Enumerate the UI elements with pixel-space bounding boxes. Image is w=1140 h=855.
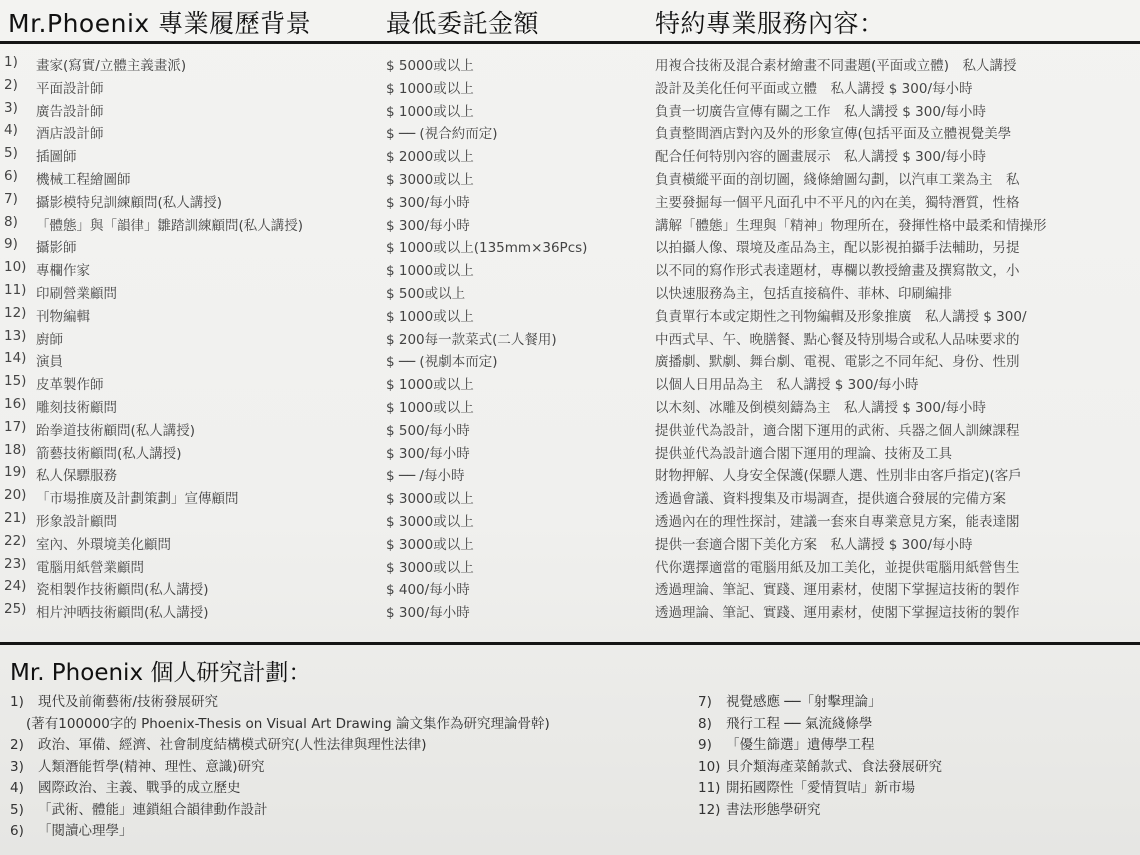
service-description: 配合任何特別內容的圖畫展示 私人講授 $ 300/每小時 — [655, 145, 1140, 165]
brochure-page: Mr.Phoenix 專業履歷背景 最低委託金額 特約專業服務內容： 1)畫家(… — [0, 0, 1140, 855]
research-text: 「閱讀心理學」 — [38, 823, 133, 839]
service-number: 18) — [4, 442, 36, 458]
header-profile: Mr.Phoenix 專業履歷背景 — [8, 4, 311, 40]
service-description: 負責一切廣告宣傳有關之工作 私人講授 $ 300/每小時 — [655, 100, 1140, 120]
service-description: 提供一套適合閣下美化方案 私人講授 $ 300/每小時 — [655, 533, 1140, 553]
service-fee: $ 500或以上 — [386, 282, 646, 302]
service-number: 11) — [4, 282, 36, 298]
service-title: 「體態」與「韻律」雛踏訓練顧問(私人講授) — [36, 214, 381, 234]
service-description: 負責整間酒店對內及外的形象宣傳(包括平面及立體視覺美學 — [655, 122, 1140, 142]
services-table: 1)畫家(寫實/立體主義畫派)$ 5000或以上用複合技術及混合素材繪畫不同畫題… — [0, 52, 1140, 622]
service-title: 皮革製作師 — [36, 373, 381, 393]
research-text: (著有100000字的 Phoenix-Thesis on Visual Art… — [26, 716, 550, 732]
research-item: 5)「武術、體能」連鎖組合韻律動作設計 — [10, 798, 550, 820]
service-number: 21) — [4, 510, 36, 526]
research-item: 9)「優生篩選」遺傳學工程 — [698, 733, 942, 755]
table-row: 15)皮革製作師$ 1000或以上以個人日用品為主 私人講授 $ 300/每小時 — [0, 371, 1140, 394]
service-description: 透過理論、筆記、實踐、運用素材，使閣下掌握這技術的製作 — [655, 578, 1140, 598]
research-item: 11)開拓國際性「愛情賀咭」新市場 — [698, 776, 942, 798]
service-number: 7) — [4, 191, 36, 207]
service-number: 10) — [4, 259, 36, 275]
section-rule — [0, 642, 1140, 645]
service-title: 攝影師 — [36, 236, 381, 256]
header-rule — [0, 41, 1140, 44]
research-number: 2) — [10, 737, 38, 753]
service-number: 16) — [4, 396, 36, 412]
service-description: 主要發掘每一個平凡面孔中不平凡的內在美，獨特潛質，性格 — [655, 191, 1140, 211]
service-description: 透過會議、資料搜集及市場調查，提供適合發展的完備方案 — [655, 487, 1140, 507]
service-fee: $ ── (視劇本而定) — [386, 350, 646, 370]
service-fee: $ 1000或以上 — [386, 396, 646, 416]
service-fee: $ 3000或以上 — [386, 510, 646, 530]
table-row: 22)室內、外環境美化顧問$ 3000或以上提供一套適合閣下美化方案 私人講授 … — [0, 531, 1140, 554]
research-text: 政治、軍備、經濟、社會制度結構模式研究(人性法律與理性法律) — [38, 737, 427, 753]
service-title: 攝影模特兒訓練顧問(私人講授) — [36, 191, 381, 211]
research-item: (著有100000字的 Phoenix-Thesis on Visual Art… — [10, 712, 550, 734]
service-number: 20) — [4, 487, 36, 503]
service-description: 以快速服務為主，包括直接稿件、菲林、印刷編排 — [655, 282, 1140, 302]
research-number: 5) — [10, 802, 38, 818]
research-text: 「武術、體能」連鎖組合韻律動作設計 — [38, 802, 268, 818]
service-number: 23) — [4, 556, 36, 572]
research-number: 8) — [698, 716, 726, 732]
service-number: 8) — [4, 214, 36, 230]
research-text: 「優生篩選」遺傳學工程 — [726, 737, 875, 753]
research-item: 7)視覺感應 ──「射擊理論」 — [698, 690, 942, 712]
service-fee: $ 2000或以上 — [386, 145, 646, 165]
table-row: 23)電腦用紙營業顧問$ 3000或以上代你選擇適當的電腦用紙及加工美化，並提供… — [0, 554, 1140, 577]
table-row: 25)相片沖晒技術顧問(私人講授)$ 300/每小時透過理論、筆記、實踐、運用素… — [0, 599, 1140, 622]
research-item: 3)人類潛能哲學(精神、理性、意識)研究 — [10, 755, 550, 777]
service-number: 5) — [4, 145, 36, 161]
service-number: 1) — [4, 54, 36, 70]
table-row: 5)插圖師$ 2000或以上配合任何特別內容的圖畫展示 私人講授 $ 300/每… — [0, 143, 1140, 166]
service-number: 3) — [4, 100, 36, 116]
service-description: 透過內在的理性探討，建議一套來自專業意見方案，能表達閣 — [655, 510, 1140, 530]
table-row: 13)廚師$ 200每一款菜式(二人餐用)中西式早、午、晚膳餐、點心餐及特別場合… — [0, 326, 1140, 349]
service-description: 以個人日用品為主 私人講授 $ 300/每小時 — [655, 373, 1140, 393]
research-text: 書法形態學研究 — [726, 802, 821, 818]
table-row: 20)「市場推廣及計劃策劃」宣傳顧問$ 3000或以上透過會議、資料搜集及市場調… — [0, 485, 1140, 508]
research-item: 10)貝介類海產菜餚款式、食法發展研究 — [698, 755, 942, 777]
service-description: 廣播劇、默劇、舞台劇、電視、電影之不同年紀、身份、性別 — [655, 350, 1140, 370]
research-number: 3) — [10, 759, 38, 775]
service-title: 插圖師 — [36, 145, 381, 165]
research-number: 6) — [10, 823, 38, 839]
service-fee: $ 300/每小時 — [386, 442, 646, 462]
service-number: 22) — [4, 533, 36, 549]
service-fee: $ 3000或以上 — [386, 533, 646, 553]
service-fee: $ 1000或以上 — [386, 77, 646, 97]
service-title: 刊物編輯 — [36, 305, 381, 325]
research-text: 人類潛能哲學(精神、理性、意識)研究 — [38, 759, 265, 775]
service-fee: $ 300/每小時 — [386, 601, 646, 621]
service-fee: $ 1000或以上(135mm×36Pcs) — [386, 236, 646, 256]
service-description: 中西式早、午、晚膳餐、點心餐及特別場合或私人品味要求的 — [655, 328, 1140, 348]
research-list-left: 1)現代及前衛藝術/技術發展研究(著有100000字的 Phoenix-Thes… — [10, 690, 550, 841]
service-fee: $ 1000或以上 — [386, 305, 646, 325]
service-description: 財物押解、人身安全保護(保驃人選、性別非由客戶指定)(客戶 — [655, 464, 1140, 484]
research-number: 12) — [698, 802, 726, 818]
service-description: 提供並代為設計適合閣下運用的理論、技術及工具 — [655, 442, 1140, 462]
service-number: 2) — [4, 77, 36, 93]
research-text: 視覺感應 ──「射擊理論」 — [726, 694, 882, 710]
table-row: 24)瓷相製作技術顧問(私人講授)$ 400/每小時透過理論、筆記、實踐、運用素… — [0, 576, 1140, 599]
table-row: 18)箭藝技術顧問(私人講授)$ 300/每小時提供並代為設計適合閣下運用的理論… — [0, 440, 1140, 463]
research-number: 4) — [10, 780, 38, 796]
service-title: 相片沖晒技術顧問(私人講授) — [36, 601, 381, 621]
service-title: 廚師 — [36, 328, 381, 348]
research-title: Mr. Phoenix 個人研究計劃： — [10, 654, 311, 687]
service-fee: $ 3000或以上 — [386, 487, 646, 507]
service-title: 私人保驃服務 — [36, 464, 381, 484]
service-fee: $ ── (視合約而定) — [386, 122, 646, 142]
service-title: 箭藝技術顧問(私人講授) — [36, 442, 381, 462]
table-row: 4)酒店設計師$ ── (視合約而定)負責整間酒店對內及外的形象宣傳(包括平面及… — [0, 120, 1140, 143]
research-text: 飛行工程 ── 氣流綫條學 — [726, 716, 872, 732]
table-row: 16)雕刻技術顧問$ 1000或以上以木刻、冰雕及倒模刻鑄為主 私人講授 $ 3… — [0, 394, 1140, 417]
service-title: 雕刻技術顧問 — [36, 396, 381, 416]
service-title: 廣告設計師 — [36, 100, 381, 120]
service-fee: $ ── /每小時 — [386, 464, 646, 484]
table-row: 1)畫家(寫實/立體主義畫派)$ 5000或以上用複合技術及混合素材繪畫不同畫題… — [0, 52, 1140, 75]
service-number: 17) — [4, 419, 36, 435]
service-fee: $ 1000或以上 — [386, 373, 646, 393]
service-number: 25) — [4, 601, 36, 617]
table-row: 2)平面設計師$ 1000或以上設計及美化任何平面或立體 私人講授 $ 300/… — [0, 75, 1140, 98]
research-number: 7) — [698, 694, 726, 710]
table-row: 7)攝影模特兒訓練顧問(私人講授)$ 300/每小時主要發掘每一個平凡面孔中不平… — [0, 189, 1140, 212]
table-row: 3)廣告設計師$ 1000或以上負責一切廣告宣傳有關之工作 私人講授 $ 300… — [0, 98, 1140, 121]
service-title: 酒店設計師 — [36, 122, 381, 142]
service-fee: $ 200每一款菜式(二人餐用) — [386, 328, 646, 348]
service-fee: $ 500/每小時 — [386, 419, 646, 439]
service-description: 透過理論、筆記、實踐、運用素材，使閣下掌握這技術的製作 — [655, 601, 1140, 621]
service-title: 電腦用紙營業顧問 — [36, 556, 381, 576]
research-list-right: 7)視覺感應 ──「射擊理論」8)飛行工程 ── 氣流綫條學9)「優生篩選」遺傳… — [698, 690, 942, 819]
research-text: 開拓國際性「愛情賀咭」新市場 — [726, 780, 915, 796]
research-text: 現代及前衛藝術/技術發展研究 — [38, 694, 218, 710]
service-fee: $ 3000或以上 — [386, 168, 646, 188]
service-number: 6) — [4, 168, 36, 184]
service-title: 瓷相製作技術顧問(私人講授) — [36, 578, 381, 598]
service-description: 講解「體態」生理與「精神」物理所在，發揮性格中最柔和情操形 — [655, 214, 1140, 234]
service-title: 形象設計顧問 — [36, 510, 381, 530]
research-item: 1)現代及前衛藝術/技術發展研究 — [10, 690, 550, 712]
service-number: 4) — [4, 122, 36, 138]
research-number: 10) — [698, 759, 726, 775]
service-description: 負責單行本或定期性之刊物編輯及形象推廣 私人講授 $ 300/ — [655, 305, 1140, 325]
table-row: 21)形象設計顧問$ 3000或以上透過內在的理性探討，建議一套來自專業意見方案… — [0, 508, 1140, 531]
research-number: 9) — [698, 737, 726, 753]
service-description: 代你選擇適當的電腦用紙及加工美化，並提供電腦用紙營售生 — [655, 556, 1140, 576]
service-number: 13) — [4, 328, 36, 344]
service-description: 設計及美化任何平面或立體 私人講授 $ 300/每小時 — [655, 77, 1140, 97]
service-description: 負責橫縱平面的剖切圖，綫條繪圖勾劃，以汽車工業為主 私 — [655, 168, 1140, 188]
service-number: 15) — [4, 373, 36, 389]
service-title: 跆拳道技術顧問(私人講授) — [36, 419, 381, 439]
research-item: 2)政治、軍備、經濟、社會制度結構模式研究(人性法律與理性法律) — [10, 733, 550, 755]
research-item: 4)國際政治、主義、戰爭的成立歷史 — [10, 776, 550, 798]
header-services: 特約專業服務內容： — [655, 4, 885, 40]
service-title: 專欄作家 — [36, 259, 381, 279]
service-description: 以拍攝人像、環境及產品為主，配以影視拍攝手法輔助，另提 — [655, 236, 1140, 256]
table-row: 9)攝影師$ 1000或以上(135mm×36Pcs)以拍攝人像、環境及產品為主… — [0, 234, 1140, 257]
research-item: 6)「閱讀心理學」 — [10, 819, 550, 841]
service-title: 室內、外環境美化顧問 — [36, 533, 381, 553]
table-row: 17)跆拳道技術顧問(私人講授)$ 500/每小時提供並代為設計，適合閣下運用的… — [0, 417, 1140, 440]
table-row: 10)專欄作家$ 1000或以上以不同的寫作形式表達題材，專欄以教授繪畫及撰寫散… — [0, 257, 1140, 280]
service-title: 平面設計師 — [36, 77, 381, 97]
table-row: 8)「體態」與「韻律」雛踏訓練顧問(私人講授)$ 300/每小時講解「體態」生理… — [0, 212, 1140, 235]
table-row: 19)私人保驃服務$ ── /每小時財物押解、人身安全保護(保驃人選、性別非由客… — [0, 462, 1140, 485]
service-number: 24) — [4, 578, 36, 594]
service-fee: $ 300/每小時 — [386, 191, 646, 211]
table-row: 12)刊物編輯$ 1000或以上負責單行本或定期性之刊物編輯及形象推廣 私人講授… — [0, 303, 1140, 326]
research-item: 8)飛行工程 ── 氣流綫條學 — [698, 712, 942, 734]
service-description: 用複合技術及混合素材繪畫不同畫題(平面或立體) 私人講授 — [655, 54, 1140, 74]
service-description: 提供並代為設計，適合閣下運用的武術、兵器之個人訓練課程 — [655, 419, 1140, 439]
service-number: 14) — [4, 350, 36, 366]
research-number: 1) — [10, 694, 38, 710]
service-fee: $ 1000或以上 — [386, 259, 646, 279]
research-number: 11) — [698, 780, 726, 796]
table-row: 6)機械工程繪圖師$ 3000或以上負責橫縱平面的剖切圖，綫條繪圖勾劃，以汽車工… — [0, 166, 1140, 189]
service-number: 19) — [4, 464, 36, 480]
service-description: 以不同的寫作形式表達題材，專欄以教授繪畫及撰寫散文，小 — [655, 259, 1140, 279]
service-number: 9) — [4, 236, 36, 252]
service-title: 印刷營業顧問 — [36, 282, 381, 302]
service-title: 「市場推廣及計劃策劃」宣傳顧問 — [36, 487, 381, 507]
service-fee: $ 1000或以上 — [386, 100, 646, 120]
service-fee: $ 5000或以上 — [386, 54, 646, 74]
table-row: 14)演員$ ── (視劇本而定)廣播劇、默劇、舞台劇、電視、電影之不同年紀、身… — [0, 348, 1140, 371]
service-title: 畫家(寫實/立體主義畫派) — [36, 54, 381, 74]
service-title: 演員 — [36, 350, 381, 370]
service-fee: $ 300/每小時 — [386, 214, 646, 234]
table-row: 11)印刷營業顧問$ 500或以上以快速服務為主，包括直接稿件、菲林、印刷編排 — [0, 280, 1140, 303]
service-number: 12) — [4, 305, 36, 321]
research-item: 12)書法形態學研究 — [698, 798, 942, 820]
service-description: 以木刻、冰雕及倒模刻鑄為主 私人講授 $ 300/每小時 — [655, 396, 1140, 416]
research-text: 國際政治、主義、戰爭的成立歷史 — [38, 780, 241, 796]
service-fee: $ 3000或以上 — [386, 556, 646, 576]
service-fee: $ 400/每小時 — [386, 578, 646, 598]
header-min-fee: 最低委託金額 — [386, 4, 539, 40]
research-text: 貝介類海產菜餚款式、食法發展研究 — [726, 759, 942, 775]
service-title: 機械工程繪圖師 — [36, 168, 381, 188]
